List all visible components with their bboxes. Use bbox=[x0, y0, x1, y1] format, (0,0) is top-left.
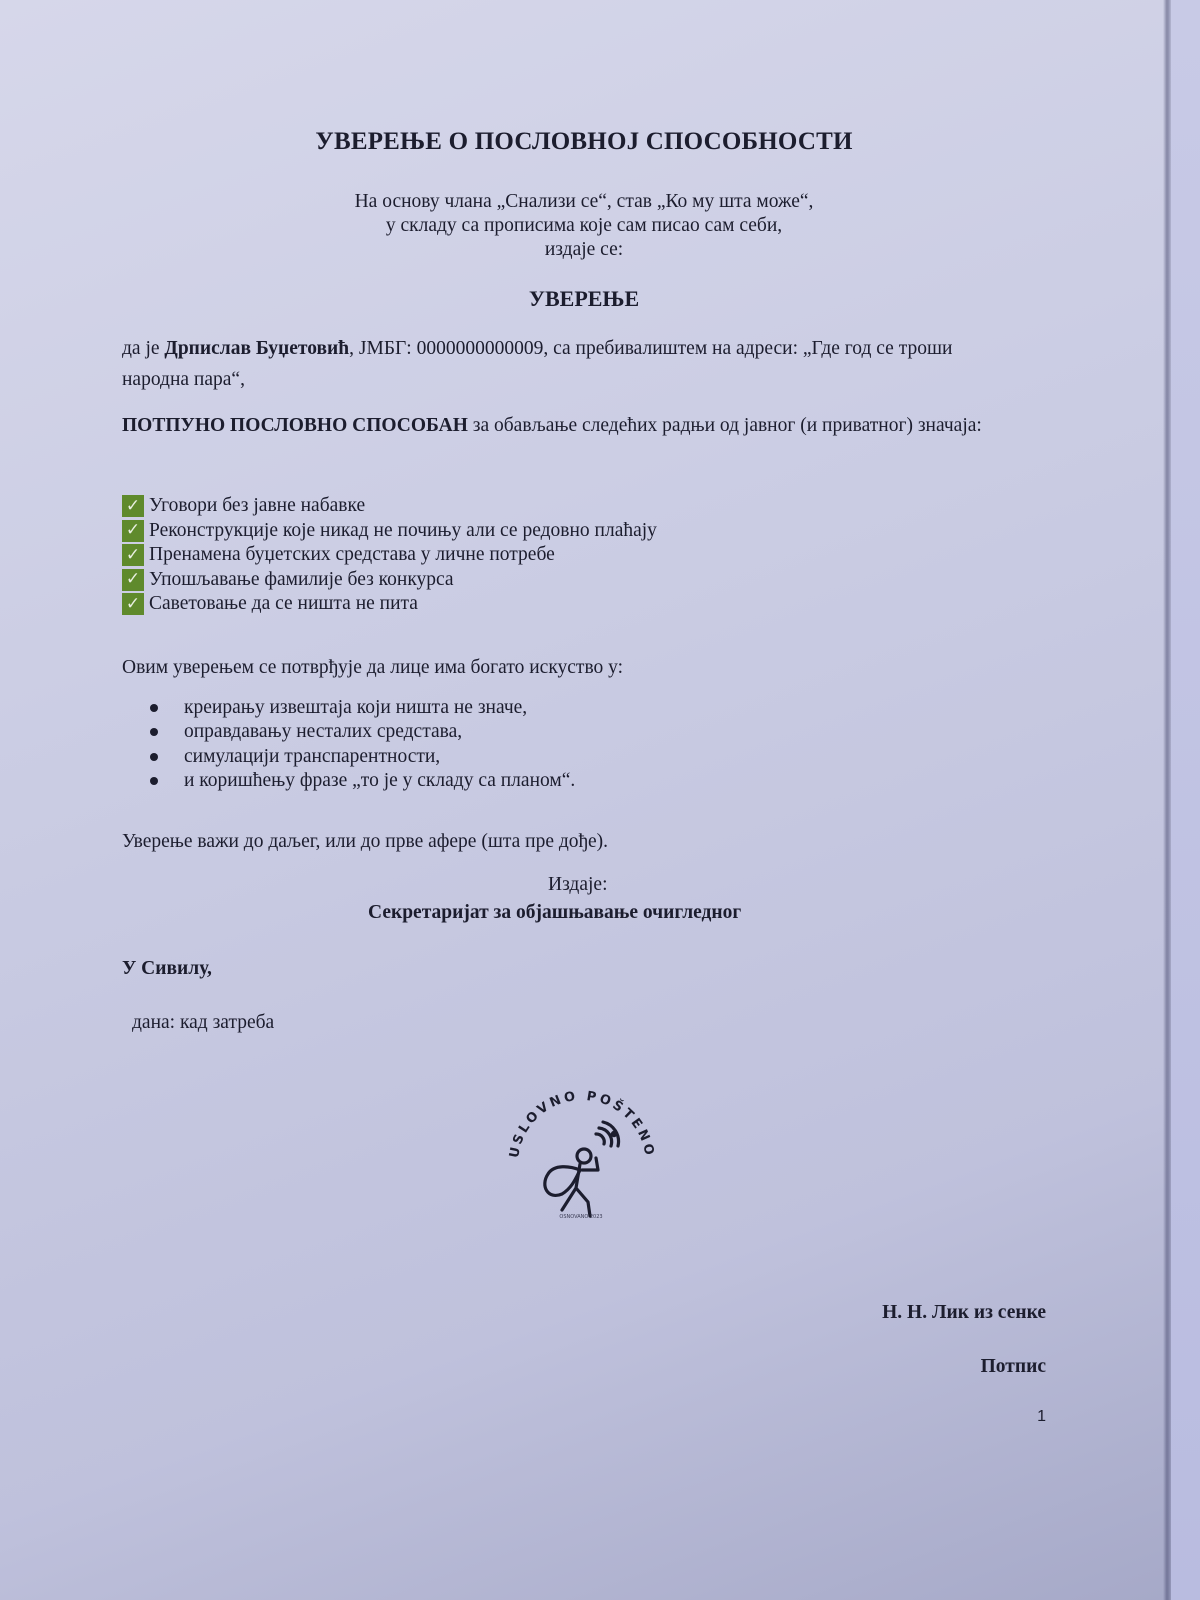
experience-item-label: симулацији транспарентности, bbox=[184, 745, 440, 769]
capability-text: за обављање следећих радњи од јавног (и … bbox=[468, 415, 982, 436]
checklist-item-label: Пренамена буџетских средстава у личне по… bbox=[149, 543, 555, 568]
place-text: У Сивилу, bbox=[122, 958, 212, 980]
experience-item: и коришћењу фразе „то је у складу са пла… bbox=[150, 769, 575, 793]
page-number: 1 bbox=[1037, 1408, 1046, 1426]
bullet-icon bbox=[150, 753, 158, 761]
experience-intro: Овим уверењем се потврђује да лице има б… bbox=[122, 652, 1022, 683]
intro-text: На основу члана „Снализи се“, став „Ко м… bbox=[0, 190, 1168, 262]
experience-item-label: оправдавању несталих средстава, bbox=[184, 720, 462, 744]
issuer-name: Секретаријат за објашњавање очигледног bbox=[368, 902, 741, 924]
uslovno-posteno-logo: USLOVNO POŠTENO OSNOVANO 2023 bbox=[496, 1078, 666, 1228]
intro-line: На основу члана „Снализи се“, став „Ко м… bbox=[0, 190, 1168, 214]
document-title: УВЕРЕЊЕ О ПОСЛОВНОЈ СПОСОБНОСТИ bbox=[0, 128, 1168, 156]
experience-list: креирању извештаја који ништа не значе, … bbox=[150, 696, 575, 793]
checklist-item: ✓Саветовање да се ништа не пита bbox=[122, 592, 657, 617]
checklist-item-label: Упошљавање фамилије без конкурса bbox=[149, 568, 454, 593]
checklist-item: ✓Уговори без јавне набавке bbox=[122, 494, 657, 519]
checklist-item-label: Реконструкције које никад не почињу али … bbox=[149, 519, 657, 544]
experience-item: оправдавању несталих средстава, bbox=[150, 720, 575, 744]
bullet-icon bbox=[150, 728, 158, 736]
check-icon: ✓ bbox=[122, 569, 144, 591]
date-text: дана: кад затреба bbox=[132, 1012, 274, 1034]
checklist-item: ✓Реконструкције које никад не почињу али… bbox=[122, 519, 657, 544]
person-prefix: да је bbox=[122, 338, 164, 359]
experience-item: симулацији транспарентности, bbox=[150, 745, 575, 769]
thief-with-sack-icon bbox=[545, 1122, 619, 1216]
check-icon: ✓ bbox=[122, 544, 144, 566]
underlying-sheet bbox=[1171, 0, 1200, 1600]
person-paragraph: да је Дрпислав Буџетовић, ЈМБГ: 00000000… bbox=[122, 333, 1022, 395]
validity-text: Уверење важи до даљег, или до прве афере… bbox=[122, 826, 1022, 857]
checklist-item: ✓Пренамена буџетских средстава у личне п… bbox=[122, 543, 657, 568]
checklist: ✓Уговори без јавне набавке ✓Реконструкци… bbox=[122, 494, 657, 617]
capability-paragraph: ПОТПУНО ПОСЛОВНО СПОСОБАН за обављање сл… bbox=[122, 410, 1022, 441]
check-icon: ✓ bbox=[122, 495, 144, 517]
document-subtitle: УВЕРЕЊЕ bbox=[0, 286, 1168, 312]
check-icon: ✓ bbox=[122, 520, 144, 542]
experience-item-label: креирању извештаја који ништа не значе, bbox=[184, 696, 527, 720]
experience-item-label: и коришћењу фразе „то је у складу са пла… bbox=[184, 769, 575, 793]
check-icon: ✓ bbox=[122, 593, 144, 615]
intro-line: издаје се: bbox=[0, 238, 1168, 262]
intro-line: у складу са прописима које сам писао сам… bbox=[0, 214, 1168, 238]
signature-label: Потпис bbox=[981, 1356, 1046, 1378]
checklist-item-label: Уговори без јавне набавке bbox=[149, 494, 365, 519]
capability-status: ПОТПУНО ПОСЛОВНО СПОСОБАН bbox=[122, 415, 468, 436]
signatory-name: Н. Н. Лик из сенке bbox=[882, 1302, 1046, 1324]
experience-item: креирању извештаја који ништа не значе, bbox=[150, 696, 575, 720]
bullet-icon bbox=[150, 777, 158, 785]
checklist-item-label: Саветовање да се ништа не пита bbox=[149, 592, 418, 617]
checklist-item: ✓Упошљавање фамилије без конкурса bbox=[122, 568, 657, 593]
person-name: Дрпислав Буџетовић bbox=[164, 338, 349, 359]
logo-bottom-text: OSNOVANO 2023 bbox=[559, 1214, 602, 1220]
bullet-icon bbox=[150, 704, 158, 712]
issuer-label: Издаје: bbox=[548, 874, 608, 896]
